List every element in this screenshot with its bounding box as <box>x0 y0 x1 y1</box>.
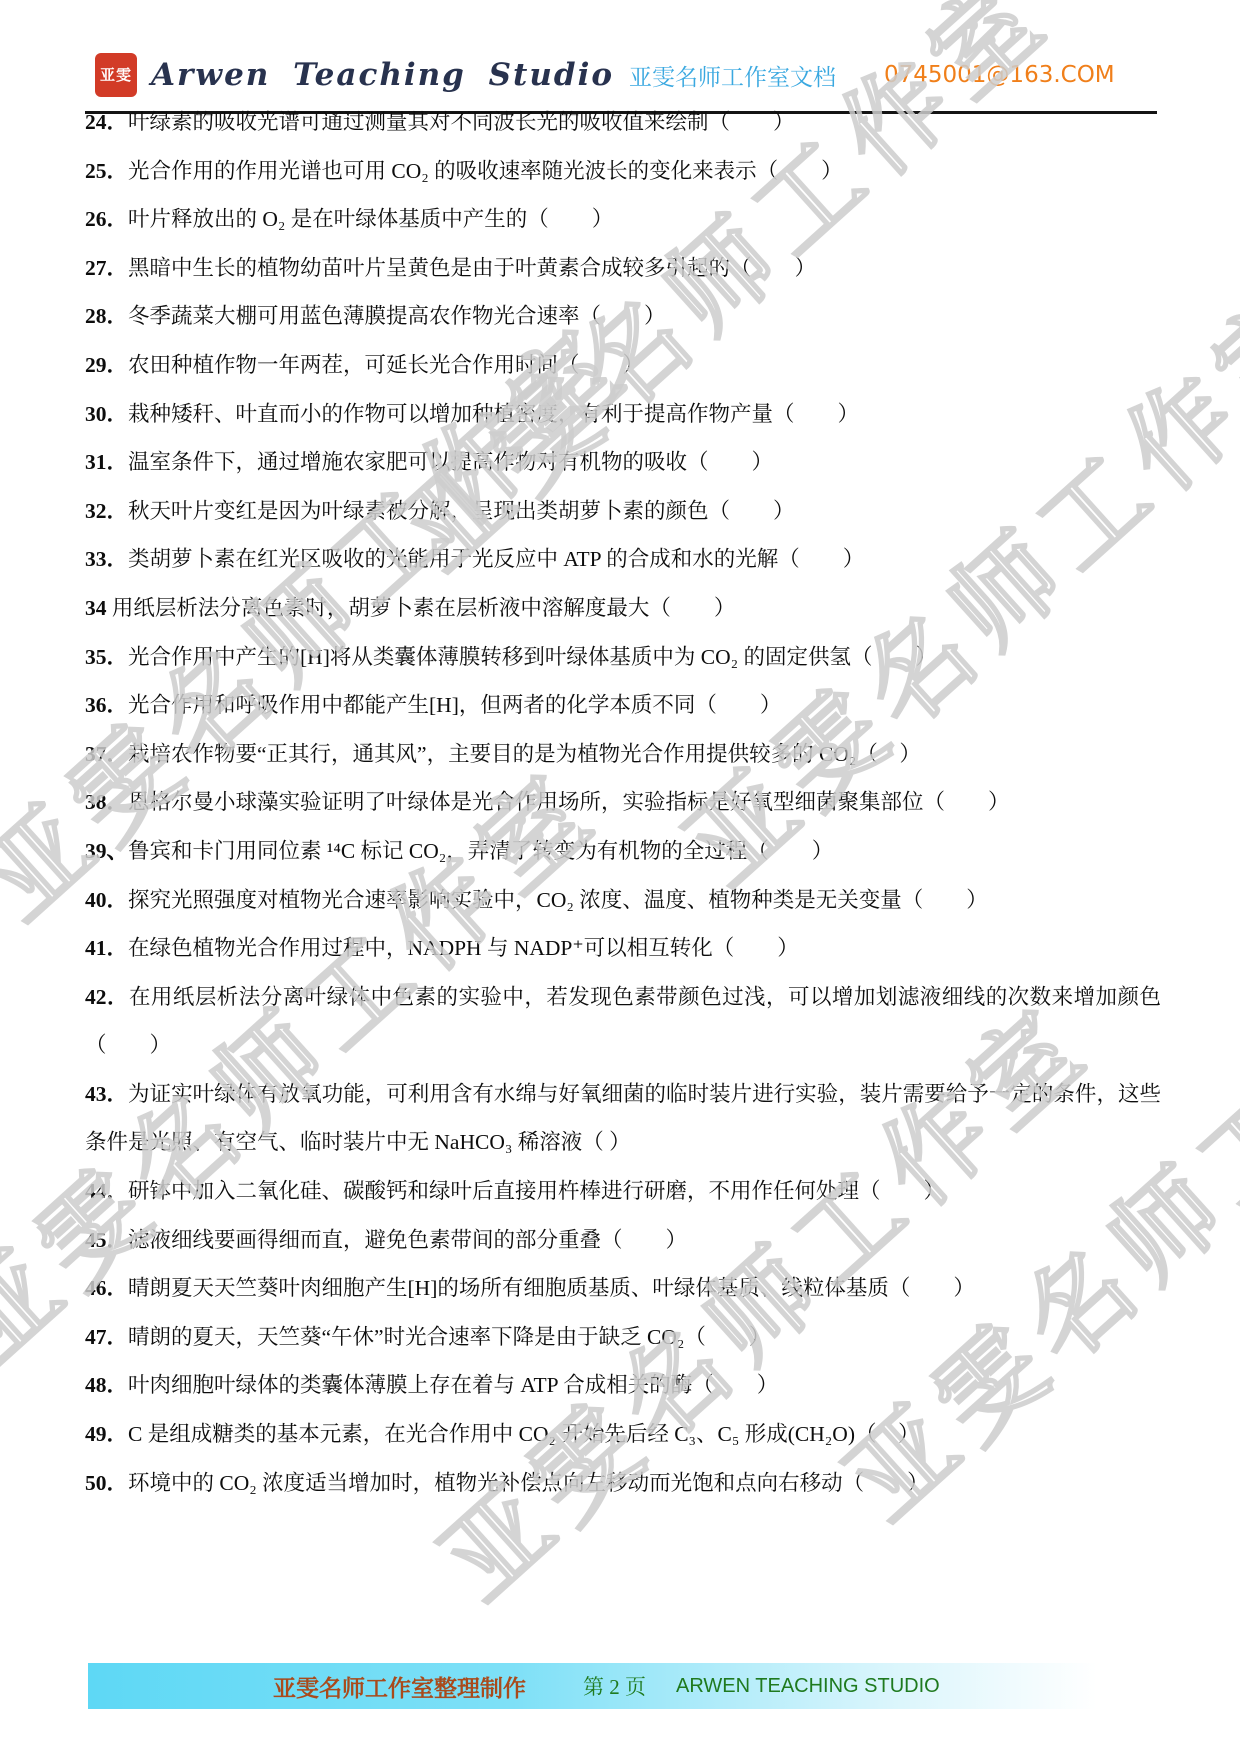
question-item: 50．环境中的 CO₂ 浓度适当增加时，植物光补偿点向左移动而光饱和点向右移动（… <box>85 1459 1161 1508</box>
question-number: 44． <box>85 1179 128 1203</box>
question-number: 29． <box>85 353 128 377</box>
question-text: 研钵中加入二氧化硅、碳酸钙和绿叶后直接用杵棒进行研磨，不用作任何处理（ ） <box>128 1179 945 1203</box>
question-text: 在用纸层析法分离叶绿体中色素的实验中，若发现色素带颜色过浅，可以增加划滤液细线的… <box>85 985 1161 1058</box>
question-number: 42． <box>85 985 129 1009</box>
question-text: 鲁宾和卡门用同位素 ¹⁴C 标记 CO₂，弄清了转变为有机物的全过程（ ） <box>128 839 833 863</box>
question-number: 34 <box>85 596 112 620</box>
question-text: 栽培农作物要“正其行，通其风”，主要目的是为植物光合作用提供较多的 CO₂（ ） <box>128 742 921 766</box>
question-text: 类胡萝卜素在红光区吸收的光能用于光反应中 ATP 的合成和水的光解（ ） <box>128 547 864 571</box>
question-number: 36． <box>85 693 128 717</box>
question-item: 41．在绿色植物光合作用过程中，NADPH 与 NADP⁺可以相互转化（ ） <box>85 924 1161 973</box>
question-item: 39、鲁宾和卡门用同位素 ¹⁴C 标记 CO₂，弄清了转变为有机物的全过程（ ） <box>85 827 1161 876</box>
question-text: 探究光照强度对植物光合速率影响实验中，CO₂ 浓度、温度、植物种类是无关变量（ … <box>128 888 988 912</box>
question-item: 26．叶片释放出的 O₂ 是在叶绿体基质中产生的（ ） <box>85 195 1161 244</box>
question-item: 47．晴朗的夏天，天竺葵“午休”时光合速率下降是由于缺乏 CO₂（ ） <box>85 1313 1161 1362</box>
question-number: 39、 <box>85 839 128 863</box>
question-item: 38．恩格尔曼小球藻实验证明了叶绿体是光合作用场所，实验指标是好氧型细菌聚集部位… <box>85 778 1161 827</box>
question-number: 24． <box>85 110 128 134</box>
question-item: 32．秋天叶片变红是因为叶绿素被分解，呈现出类胡萝卜素的颜色（ ） <box>85 487 1161 536</box>
question-number: 35． <box>85 645 128 669</box>
question-item: 24．叶绿素的吸收光谱可通过测量其对不同波长光的吸收值来绘制（ ） <box>85 98 1161 147</box>
brand-title: Arwen Teaching Studio <box>151 57 469 93</box>
question-item: 31．温室条件下，通过增施农家肥可以提高作物对有机物的吸收（ ） <box>85 438 1161 487</box>
question-text: 栽种矮秆、叶直而小的作物可以增加种植密度，有利于提高作物产量（ ） <box>128 402 859 426</box>
question-item: 35．光合作用中产生的[H]将从类囊体薄膜转移到叶绿体基质中为 CO₂ 的固定供… <box>85 633 1161 682</box>
question-text: 叶肉细胞叶绿体的类囊体薄膜上存在着与 ATP 合成相关的酶（ ） <box>128 1373 778 1397</box>
question-number: 27． <box>85 256 128 280</box>
footer-studio-name-en: ARWEN TEACHING STUDIO <box>676 1675 940 1698</box>
question-number: 33． <box>85 547 128 571</box>
studio-doc-label: 亚雯名师工作室文档 <box>629 59 836 92</box>
question-text: 光合作用的作用光谱也可用 CO₂ 的吸收速率随光波长的变化来表示（ ） <box>128 159 843 183</box>
question-number: 47． <box>85 1325 128 1349</box>
question-item: 28．冬季蔬菜大棚可用蓝色薄膜提高农作物光合速率（ ） <box>85 292 1161 341</box>
page-header: 亚雯 Arwen Teaching Studio 亚雯名师工作室文档 07450… <box>95 50 1155 100</box>
contact-email: 0745001@163.COM <box>884 62 1115 88</box>
question-text: 用纸层析法分离色素时，胡萝卜素在层析液中溶解度最大（ ） <box>112 596 736 620</box>
question-list: 24．叶绿素的吸收光谱可通过测量其对不同波长光的吸收值来绘制（ ） 25．光合作… <box>85 98 1161 1507</box>
question-text: 秋天叶片变红是因为叶绿素被分解，呈现出类胡萝卜素的颜色（ ） <box>128 499 795 523</box>
seal-characters: 亚雯 <box>100 68 132 83</box>
question-text: 在绿色植物光合作用过程中，NADPH 与 NADP⁺可以相互转化（ ） <box>128 936 799 960</box>
question-number: 25． <box>85 159 128 183</box>
question-text: 黑暗中生长的植物幼苗叶片呈黄色是由于叶黄素合成较多引起的（ ） <box>128 256 816 280</box>
question-number: 48． <box>85 1373 128 1397</box>
question-text: 为证实叶绿体有放氧功能，可利用含有水绵与好氧细菌的临时装片进行实验，装片需要给予… <box>85 1082 1161 1155</box>
question-item: 25．光合作用的作用光谱也可用 CO₂ 的吸收速率随光波长的变化来表示（ ） <box>85 147 1161 196</box>
question-item: 36．光合作用和呼吸作用中都能产生[H]，但两者的化学本质不同（ ） <box>85 681 1161 730</box>
question-text: 农田种植作物一年两茬，可延长光合作用时间（ ） <box>128 353 644 377</box>
question-item: 33．类胡萝卜素在红光区吸收的光能用于光反应中 ATP 的合成和水的光解（ ） <box>85 535 1161 584</box>
question-number: 30． <box>85 402 128 426</box>
question-number: 46． <box>85 1276 128 1300</box>
question-item: 45．滤液细线要画得细而直，避免色素带间的部分重叠（ ） <box>85 1216 1161 1265</box>
footer-bar: 亚雯名师工作室整理制作 第 2 页 ARWEN TEACHING STUDIO <box>88 1663 1150 1709</box>
question-text: 恩格尔曼小球藻实验证明了叶绿体是光合作用场所，实验指标是好氧型细菌聚集部位（ ） <box>128 790 1010 814</box>
question-number: 32． <box>85 499 128 523</box>
question-item: 46．晴朗夏天天竺葵叶肉细胞产生[H]的场所有细胞质基质、叶绿体基质、线粒体基质… <box>85 1264 1161 1313</box>
question-item: 48．叶肉细胞叶绿体的类囊体薄膜上存在着与 ATP 合成相关的酶（ ） <box>85 1361 1161 1410</box>
question-number: 38． <box>85 790 128 814</box>
question-number: 40． <box>85 888 128 912</box>
question-number: 37． <box>85 742 128 766</box>
question-number: 41． <box>85 936 128 960</box>
question-number: 45． <box>85 1228 128 1252</box>
question-text: 叶片释放出的 O₂ 是在叶绿体基质中产生的（ ） <box>128 207 613 231</box>
footer-page-number: 第 2 页 <box>583 1671 646 1701</box>
question-number: 26． <box>85 207 128 231</box>
question-text: 叶绿素的吸收光谱可通过测量其对不同波长光的吸收值来绘制（ ） <box>128 110 795 134</box>
question-text: 温室条件下，通过增施农家肥可以提高作物对有机物的吸收（ ） <box>128 450 773 474</box>
question-text: 冬季蔬菜大棚可用蓝色薄膜提高农作物光合速率（ ） <box>128 304 666 328</box>
question-number: 31． <box>85 450 128 474</box>
question-item: 44．研钵中加入二氧化硅、碳酸钙和绿叶后直接用杵棒进行研磨，不用作任何处理（ ） <box>85 1167 1161 1216</box>
question-number: 28． <box>85 304 128 328</box>
question-item: 42．在用纸层析法分离叶绿体中色素的实验中，若发现色素带颜色过浅，可以增加划滤液… <box>85 973 1161 1070</box>
question-item: 49．C 是组成糖类的基本元素，在光合作用中 CO₂ 开始先后经 C₃、C₅ 形… <box>85 1410 1161 1459</box>
question-item: 29．农田种植作物一年两茬，可延长光合作用时间（ ） <box>85 341 1161 390</box>
question-number: 50． <box>85 1471 128 1495</box>
question-number: 49． <box>85 1422 128 1446</box>
question-item: 30．栽种矮秆、叶直而小的作物可以增加种植密度，有利于提高作物产量（ ） <box>85 390 1161 439</box>
question-item: 40．探究光照强度对植物光合速率影响实验中，CO₂ 浓度、温度、植物种类是无关变… <box>85 876 1161 925</box>
question-item: 43．为证实叶绿体有放氧功能，可利用含有水绵与好氧细菌的临时装片进行实验，装片需… <box>85 1070 1161 1167</box>
question-number: 43． <box>85 1082 128 1106</box>
question-text: 晴朗的夏天，天竺葵“午休”时光合速率下降是由于缺乏 CO₂（ ） <box>128 1325 770 1349</box>
question-text: 晴朗夏天天竺葵叶肉细胞产生[H]的场所有细胞质基质、叶绿体基质、线粒体基质（ ） <box>128 1276 975 1300</box>
question-text: 环境中的 CO₂ 浓度适当增加时，植物光补偿点向左移动而光饱和点向右移动（ ） <box>128 1471 929 1495</box>
question-text: 光合作用中产生的[H]将从类囊体薄膜转移到叶绿体基质中为 CO₂ 的固定供氢（ … <box>128 645 937 669</box>
document-page: 亚雯名师工作室 亚雯名师工作室 亚雯名师工作室 亚雯名师工作室 亚雯名师工作室 … <box>0 0 1240 1754</box>
footer-studio-credit: 亚雯名师工作室整理制作 <box>273 1670 526 1703</box>
question-item: 37．栽培农作物要“正其行，通其风”，主要目的是为植物光合作用提供较多的 CO₂… <box>85 730 1161 779</box>
question-item: 34 用纸层析法分离色素时，胡萝卜素在层析液中溶解度最大（ ） <box>85 584 1161 633</box>
question-text: C 是组成糖类的基本元素，在光合作用中 CO₂ 开始先后经 C₃、C₅ 形成(C… <box>128 1422 919 1446</box>
question-text: 光合作用和呼吸作用中都能产生[H]，但两者的化学本质不同（ ） <box>128 693 781 717</box>
question-text: 滤液细线要画得细而直，避免色素带间的部分重叠（ ） <box>128 1228 687 1252</box>
question-item: 27．黑暗中生长的植物幼苗叶片呈黄色是由于叶黄素合成较多引起的（ ） <box>85 244 1161 293</box>
studio-seal-logo: 亚雯 <box>95 53 137 97</box>
